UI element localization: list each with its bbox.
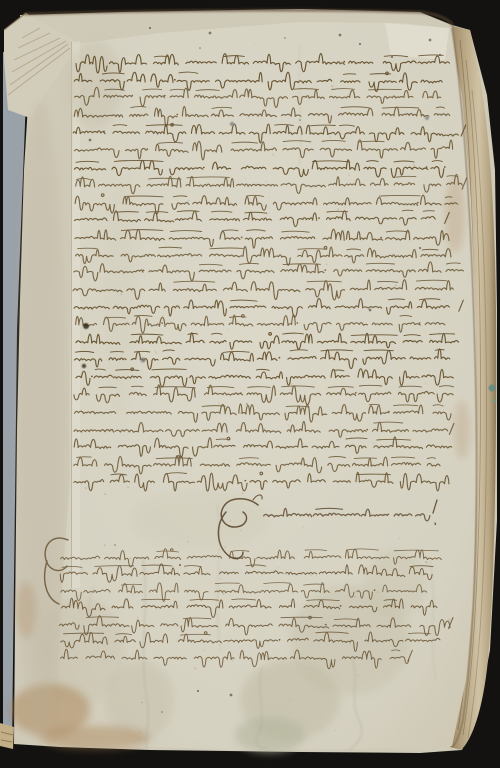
- bottom-left-tab: [0, 723, 14, 749]
- manuscript-photo: [0, 0, 500, 768]
- manuscript-scene: [0, 0, 500, 768]
- gutter-guard-strip: [71, 41, 80, 588]
